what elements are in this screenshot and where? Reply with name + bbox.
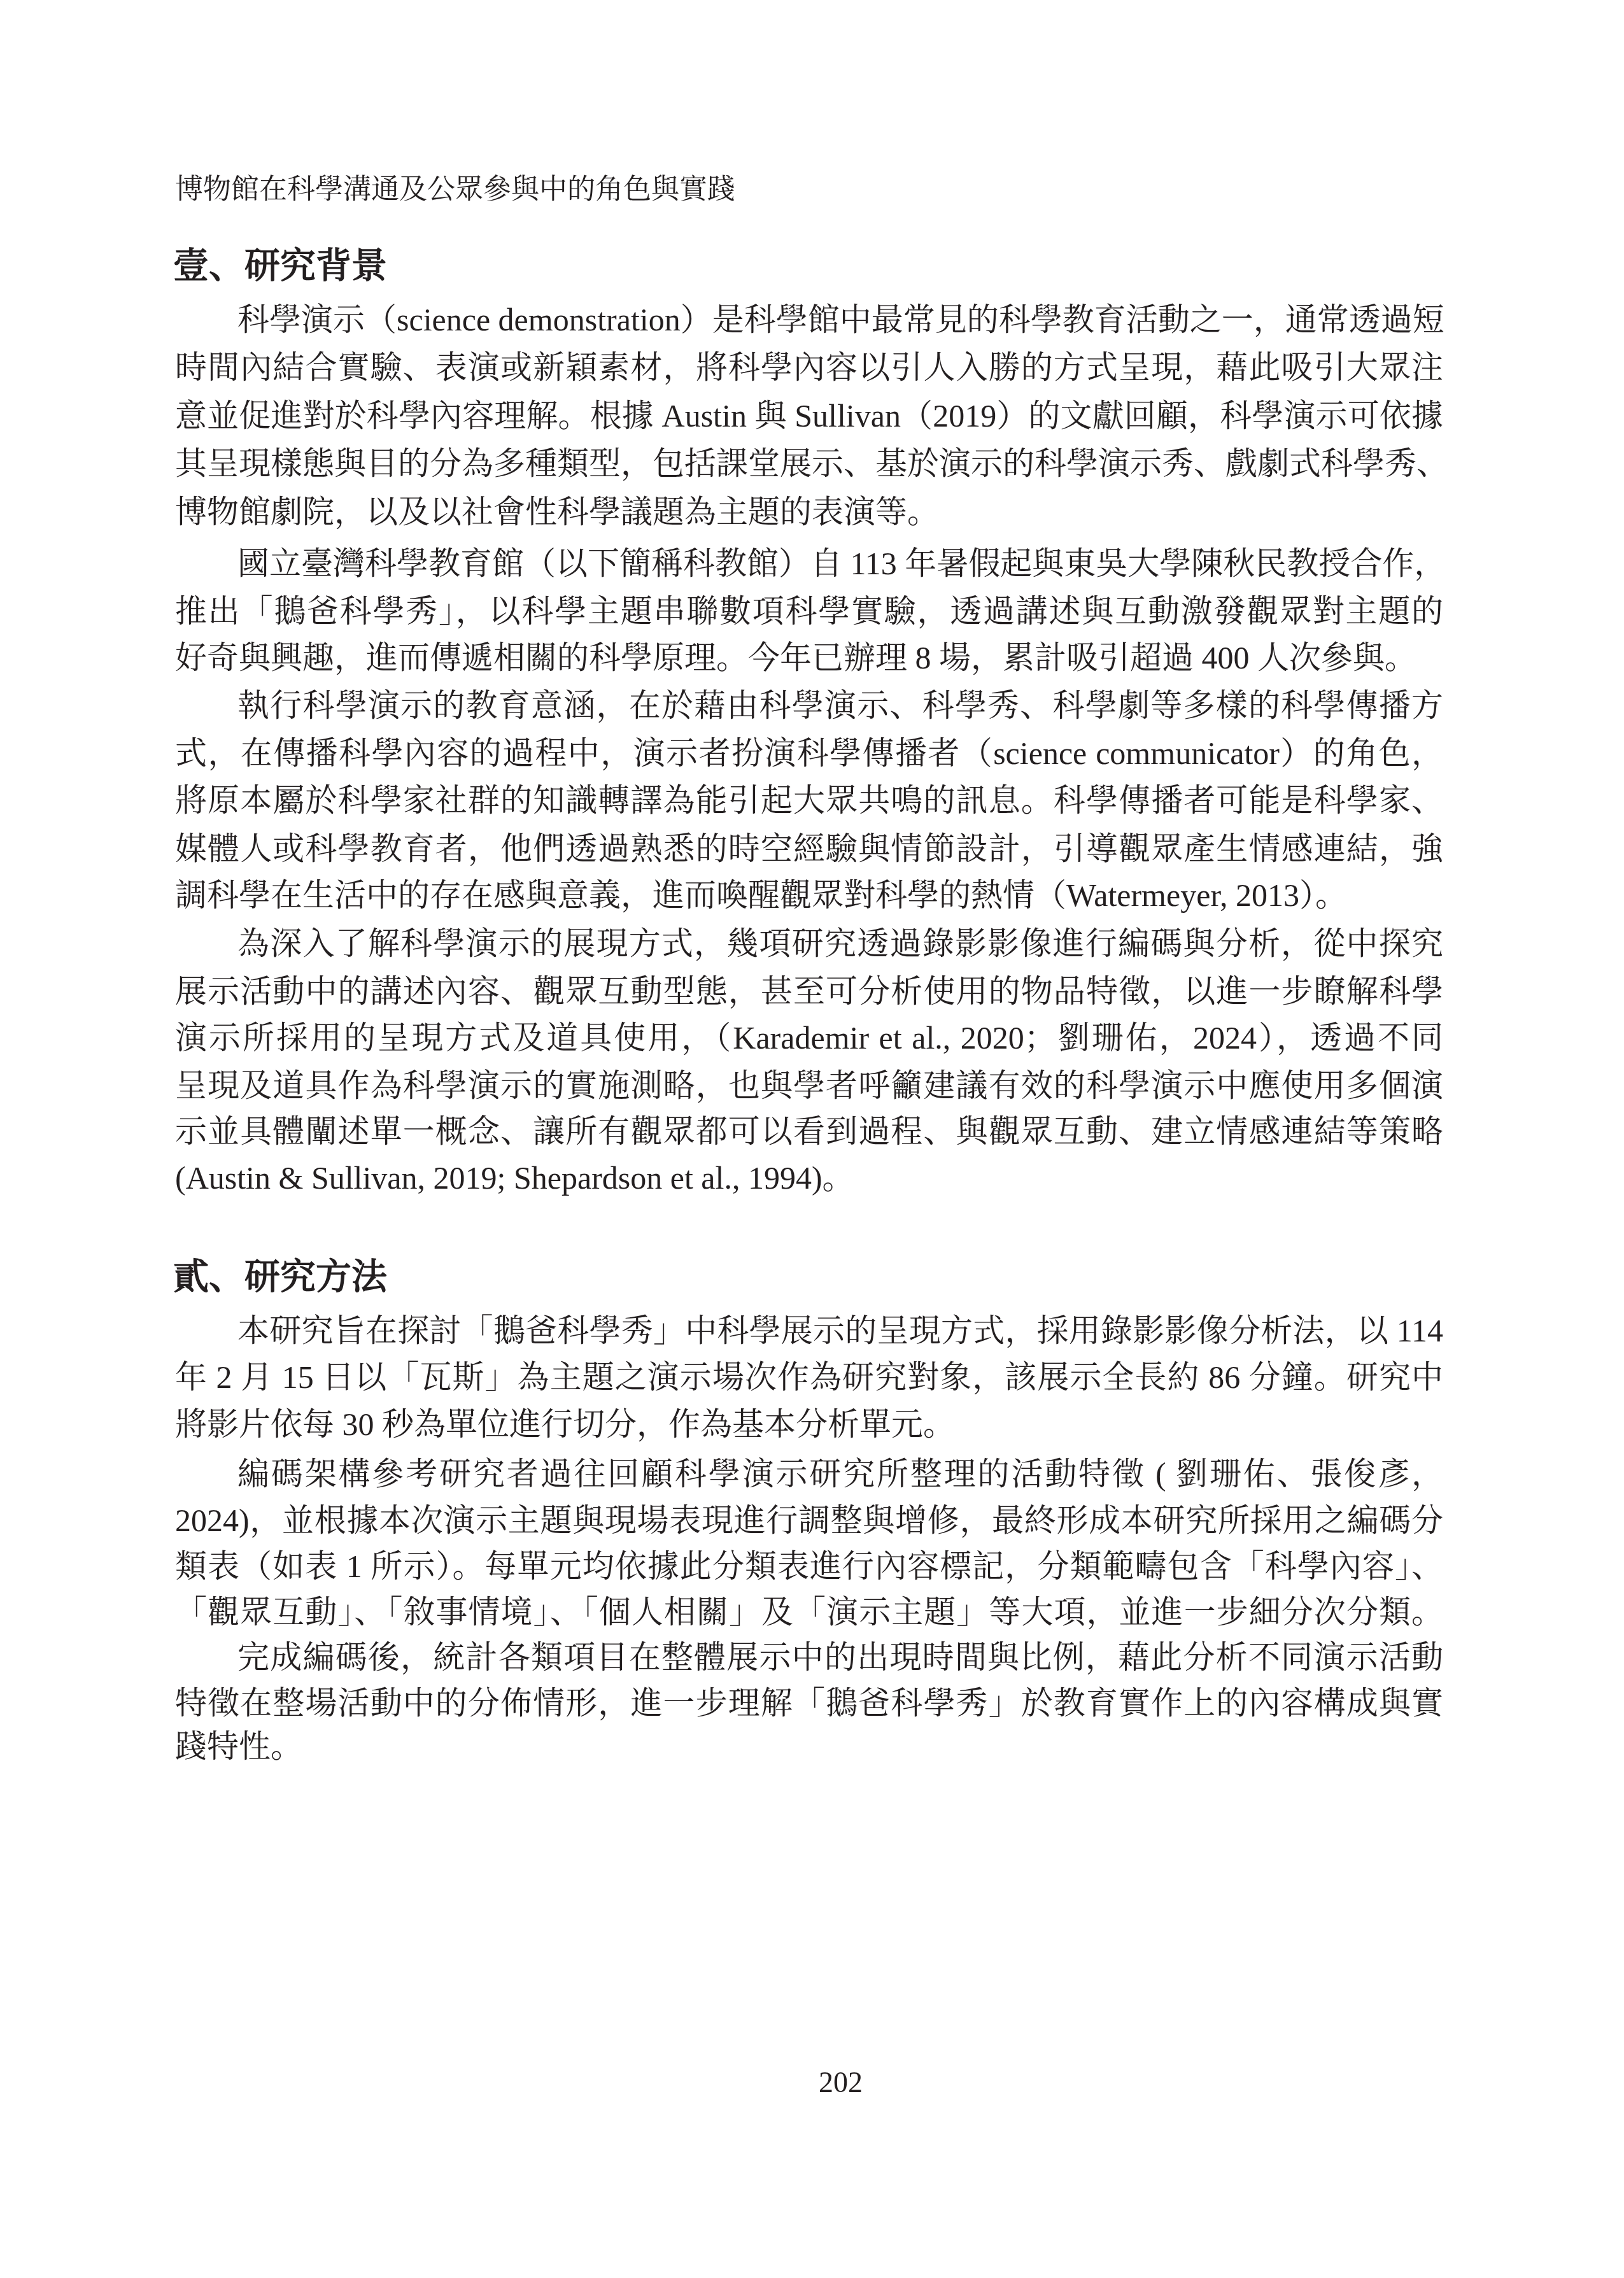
paragraph-line: 好奇與興趣，進而傳遞相關的科學原理。今年已辦理 8 場，累計吸引超過 400 人… (175, 639, 1443, 677)
paragraph-line: 時間內結合實驗、表演或新穎素材，將科學內容以引人入勝的方式呈現，藉此吸引大眾注 (175, 348, 1443, 386)
paragraph-line: 將影片依每 30 秒為單位進行切分，作為基本分析單元。 (175, 1405, 1443, 1443)
paragraph-line: 博物館劇院，以及以社會性科學議題為主題的表演等。 (175, 493, 1443, 531)
paragraph-line: 示並具體闡述單一概念、讓所有觀眾都可以看到過程、與觀眾互動、建立情感連結等策略 (175, 1112, 1443, 1150)
paragraph-line: 展示活動中的講述內容、觀眾互動型態，甚至可分析使用的物品特徵，以進一步瞭解科學 (175, 972, 1443, 1010)
paragraph-line: 科學演示（science demonstration）是科學館中最常見的科學教育… (237, 301, 1443, 339)
paragraph-line: 將原本屬於科學家社群的知識轉譯為能引起大眾共鳴的訊息。科學傳播者可能是科學家、 (175, 781, 1443, 819)
paragraph-line: 完成編碼後，統計各類項目在整體展示中的出現時間與比例，藉此分析不同演示活動 (237, 1638, 1443, 1676)
paragraph-line: 執行科學演示的教育意涵，在於藉由科學演示、科學秀、科學劇等多樣的科學傳播方 (237, 686, 1443, 725)
paragraph-line: 編碼架構參考研究者過往回顧科學演示研究所整理的活動特徵 ( 劉珊佑、張俊彥， (237, 1455, 1443, 1493)
paragraph-line: 式，在傳播科學內容的過程中，演示者扮演科學傳播者（science communi… (175, 734, 1443, 772)
paragraph-line: 其呈現樣態與目的分為多種類型，包括課堂展示、基於演示的科學演示秀、戲劇式科學秀、 (175, 444, 1443, 483)
paragraph-line: 「觀眾互動」、「敘事情境」、「個人相關」及「演示主題」等大項，並進一步細分次分類… (175, 1593, 1443, 1631)
paragraph-line: 國立臺灣科學教育館（以下簡稱科教館）自 113 年暑假起與東吳大學陳秋民教授合作… (237, 544, 1443, 583)
paragraph-line: 特徵在整場活動中的分佈情形，進一步理解「鵝爸科學秀」於教育實作上的內容構成與實 (175, 1684, 1443, 1722)
paragraph-line: 本研究旨在探討「鵝爸科學秀」中科學展示的呈現方式，採用錄影影像分析法，以 114 (237, 1312, 1443, 1350)
document-page: 博物館在科學溝通及公眾參與中的角色與實踐 壹、研究背景 科學演示（science… (0, 0, 1624, 2278)
paragraph-line: 年 2 月 15 日以「瓦斯」為主題之演示場次作為研究對象，該展示全長約 86 … (175, 1358, 1443, 1396)
paragraph-line: 媒體人或科學教育者，他們透過熟悉的時空經驗與情節設計，引導觀眾產生情感連結，強 (175, 830, 1443, 868)
paragraph-line: 呈現及道具作為科學演示的實施測略，也與學者呼籲建議有效的科學演示中應使用多個演 (175, 1066, 1443, 1105)
section-heading-background: 壹、研究背景 (173, 246, 387, 287)
paragraph-line: 調科學在生活中的存在感與意義，進而喚醒觀眾對科學的熱情（Watermeyer, … (175, 876, 1443, 914)
paragraph-line: 為深入了解科學演示的展現方式，幾項研究透過錄影影像進行編碼與分析，從中探究 (237, 924, 1443, 963)
section-heading-methods: 貳、研究方法 (173, 1257, 387, 1298)
paragraph-line: 踐特性。 (175, 1727, 1443, 1765)
paragraph-line: 演示所採用的呈現方式及道具使用，（Karademir et al., 2020；… (175, 1019, 1443, 1057)
paragraph-line: 推出「鵝爸科學秀」，以科學主題串聯數項科學實驗，透過講述與互動激發觀眾對主題的 (175, 592, 1443, 630)
paragraph-line: (Austin & Sullivan, 2019; Shepardson et … (175, 1159, 1443, 1197)
page-number: 202 (819, 2065, 863, 2100)
paragraph-line: 類表（如表 1 所示）。每單元均依據此分類表進行內容標記，分類範疇包含「科學內容… (175, 1547, 1443, 1585)
paragraph-line: 2024)，並根據本次演示主題與現場表現進行調整與增修，最終形成本研究所採用之編… (175, 1501, 1443, 1539)
running-header: 博物館在科學溝通及公眾參與中的角色與實踐 (175, 172, 735, 208)
paragraph-line: 意並促進對於科學內容理解。根據 Austin 與 Sullivan（2019）的… (175, 397, 1443, 435)
